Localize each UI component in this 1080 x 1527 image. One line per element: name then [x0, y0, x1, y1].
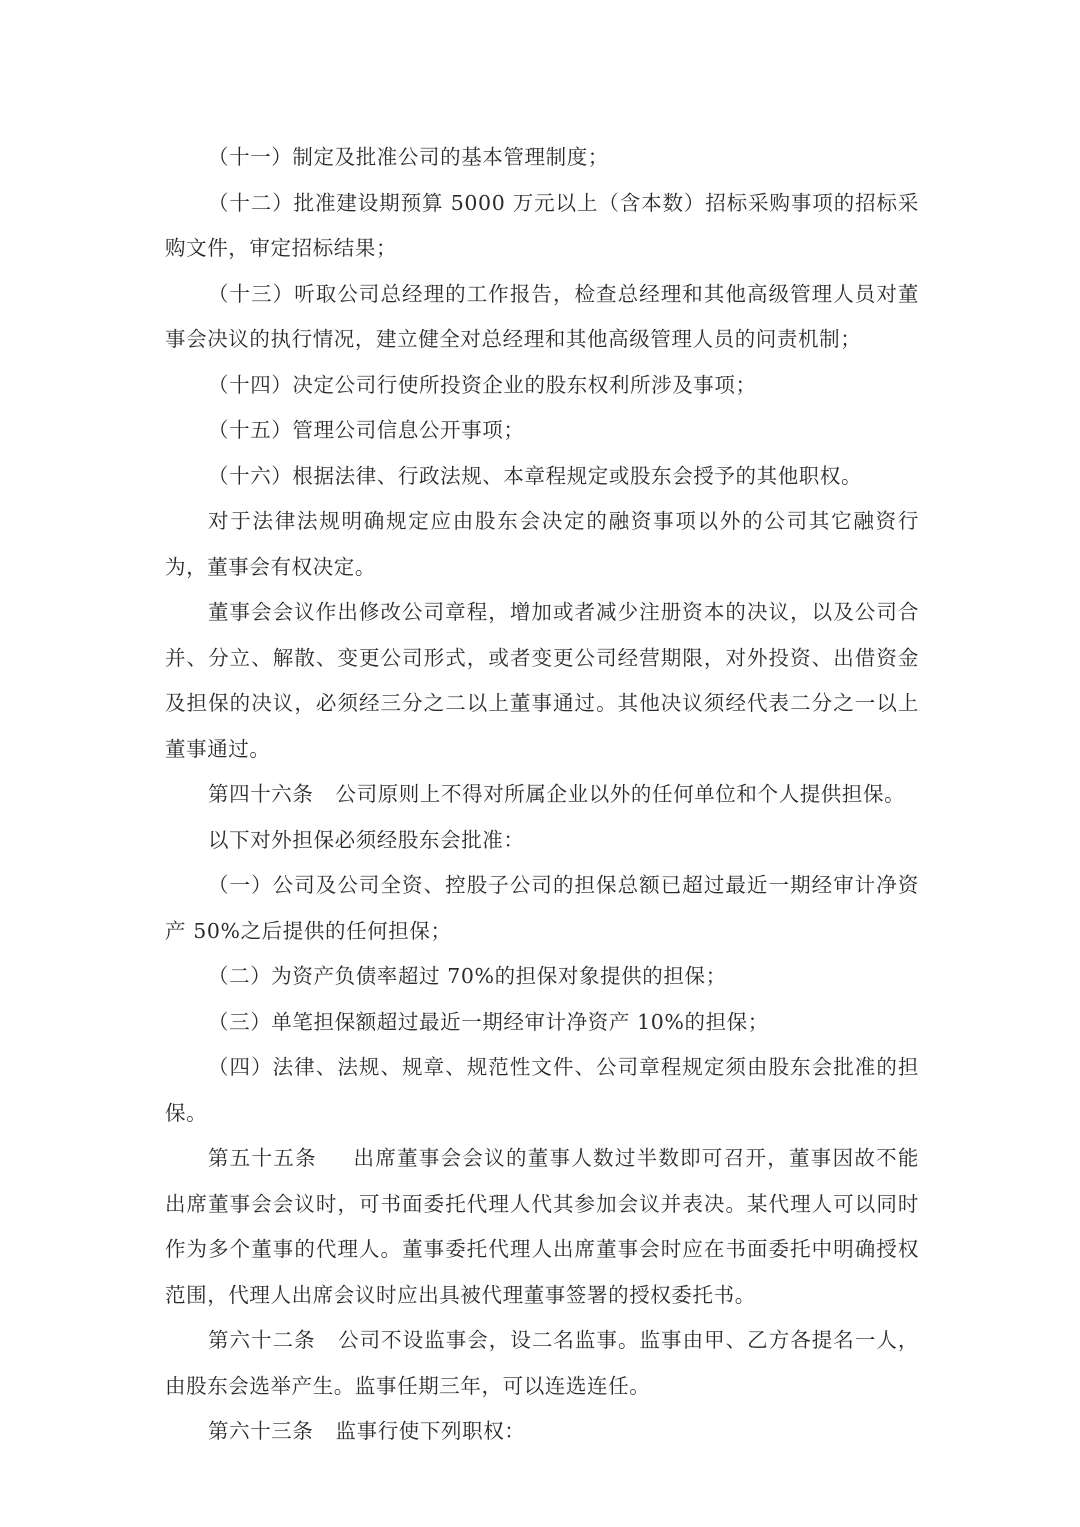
paragraph-item-12: （十二）批准建设期预算 5000 万元以上（含本数）招标采购事项的招标采购文件，…: [165, 181, 919, 272]
paragraph-text: （二）为资产负债率超过 70%的担保对象提供的担保；: [208, 964, 727, 988]
paragraph-text: （十三）听取公司总经理的工作报告，检查总经理和其他高级管理人员对董事会决议的执行…: [165, 282, 919, 352]
paragraph-text: （十一）制定及批准公司的基本管理制度；: [208, 145, 609, 169]
paragraph-item-16: （十六）根据法律、行政法规、本章程规定或股东会授予的其他职权。: [165, 454, 919, 500]
article-heading: 第五十五条: [208, 1146, 317, 1170]
paragraph-item-11: （十一）制定及批准公司的基本管理制度；: [165, 135, 919, 181]
paragraph-guarantee-1: （一）公司及公司全资、控股子公司的担保总额已超过最近一期经审计净资产 50%之后…: [165, 863, 919, 954]
paragraph-text: 监事行使下列职权：: [336, 1419, 526, 1443]
article-heading: 第四十六条: [208, 782, 314, 806]
paragraph-guarantee-2: （二）为资产负债率超过 70%的担保对象提供的担保；: [165, 954, 919, 1000]
article-62: 第六十二条公司不设监事会，设二名监事。监事由甲、乙方各提名一人，由股东会选举产生…: [165, 1318, 919, 1409]
paragraph-item-15: （十五）管理公司信息公开事项；: [165, 408, 919, 454]
article-46: 第四十六条公司原则上不得对所属企业以外的任何单位和个人提供担保。: [165, 772, 919, 818]
paragraph-text: 出席董事会会议的董事人数过半数即可召开，董事因故不能出席董事会会议时，可书面委托…: [165, 1146, 919, 1307]
paragraph-text: 公司原则上不得对所属企业以外的任何单位和个人提供担保。: [336, 782, 906, 806]
article-63: 第六十三条监事行使下列职权：: [165, 1409, 919, 1455]
paragraph-text: （十六）根据法律、行政法规、本章程规定或股东会授予的其他职权。: [208, 464, 862, 488]
article-heading: 第六十二条: [208, 1328, 316, 1352]
paragraph-text: （十五）管理公司信息公开事项；: [208, 418, 525, 442]
paragraph-guarantee-4: （四）法律、法规、规章、规范性文件、公司章程规定须由股东会批准的担保。: [165, 1045, 919, 1136]
paragraph-item-14: （十四）决定公司行使所投资企业的股东权利所涉及事项；: [165, 363, 919, 409]
article-55: 第五十五条出席董事会会议的董事人数过半数即可召开，董事因故不能出席董事会会议时，…: [165, 1136, 919, 1318]
paragraph-guarantee-3: （三）单笔担保额超过最近一期经审计净资产 10%的担保；: [165, 1000, 919, 1046]
document-page: （十一）制定及批准公司的基本管理制度； （十二）批准建设期预算 5000 万元以…: [165, 135, 919, 1455]
paragraph-text: （一）公司及公司全资、控股子公司的担保总额已超过最近一期经审计净资产 50%之后…: [165, 873, 919, 943]
paragraph-financing: 对于法律法规明确规定应由股东会决定的融资事项以外的公司其它融资行为，董事会有权决…: [165, 499, 919, 590]
paragraph-text: （十四）决定公司行使所投资企业的股东权利所涉及事项；: [208, 373, 757, 397]
paragraph-text: （十二）批准建设期预算 5000 万元以上（含本数）招标采购事项的招标采购文件，…: [165, 191, 919, 261]
paragraph-text: （四）法律、法规、规章、规范性文件、公司章程规定须由股东会批准的担保。: [165, 1055, 919, 1125]
paragraph-text: （三）单笔担保额超过最近一期经审计净资产 10%的担保；: [208, 1010, 769, 1034]
paragraph-text: 董事会会议作出修改公司章程，增加或者减少注册资本的决议，以及公司合并、分立、解散…: [165, 600, 919, 761]
paragraph-guarantee-intro: 以下对外担保必须经股东会批准：: [165, 818, 919, 864]
paragraph-board-resolution: 董事会会议作出修改公司章程，增加或者减少注册资本的决议，以及公司合并、分立、解散…: [165, 590, 919, 772]
paragraph-item-13: （十三）听取公司总经理的工作报告，检查总经理和其他高级管理人员对董事会决议的执行…: [165, 272, 919, 363]
paragraph-text: 以下对外担保必须经股东会批准：: [208, 828, 525, 852]
article-heading: 第六十三条: [208, 1419, 314, 1443]
paragraph-text: 对于法律法规明确规定应由股东会决定的融资事项以外的公司其它融资行为，董事会有权决…: [165, 509, 919, 579]
